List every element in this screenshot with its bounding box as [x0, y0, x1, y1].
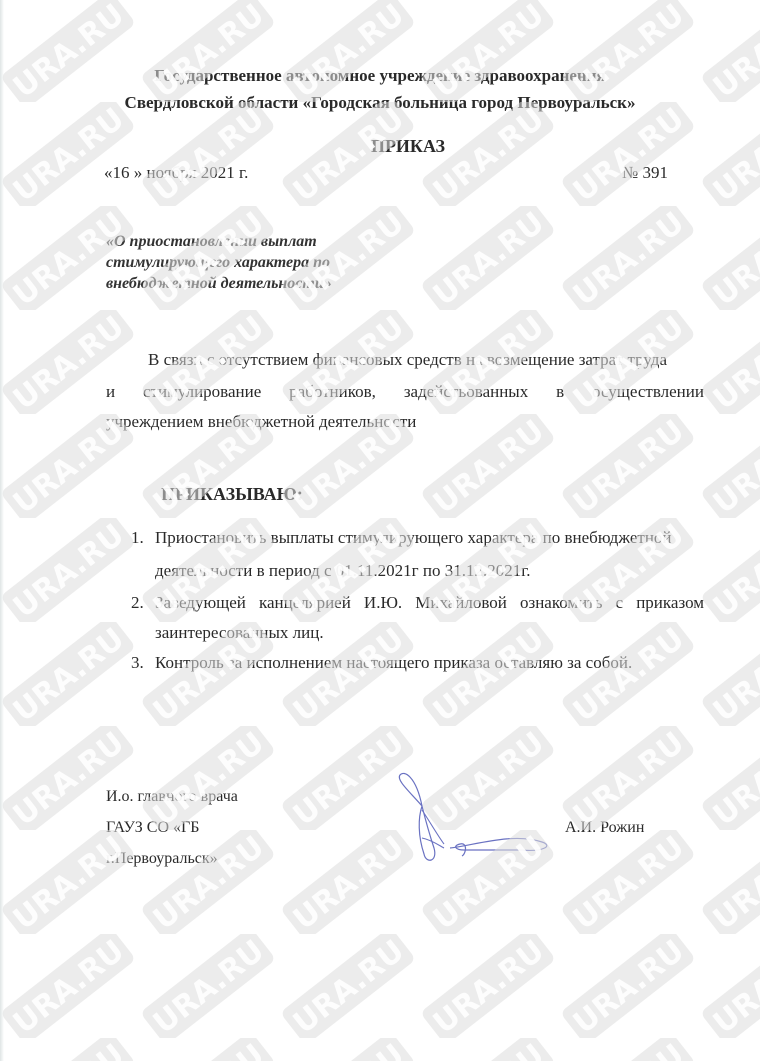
subject-line-1: «О приостановлении выплат: [106, 231, 317, 252]
handwritten-signature-icon: [392, 770, 552, 870]
item-text-line-1: Заведующей канцелярией И.Ю. Михайловой о…: [155, 593, 704, 613]
signer-position-line-2: ГАУЗ СО «ГБ: [106, 818, 199, 838]
document-date: «16 » ноября 2021 г.: [104, 163, 248, 183]
item-text-line-2: заинтересованных лиц.: [155, 623, 324, 643]
item-number: 1.: [131, 528, 144, 548]
preamble-word: в: [556, 382, 564, 402]
signer-name: А.И. Рожин: [565, 818, 644, 838]
document-number: № 391: [622, 163, 668, 183]
organization-line-2: Свердловской области «Городская больница…: [0, 93, 760, 113]
preamble-word: и: [106, 382, 115, 402]
preamble-word: осуществлении: [592, 382, 704, 402]
subject-line-3: внебюджетной деятельности»: [106, 273, 332, 294]
preamble-line-3: учреждением внебюджетной деятельности: [106, 412, 416, 432]
signer-position-line-1: И.о. главного врача: [106, 787, 238, 807]
document-title: ПРИКАЗ: [0, 136, 760, 156]
preamble-word: задействованных: [404, 382, 528, 402]
order-heading: ПРИКАЗЫВАЮ:: [161, 484, 303, 504]
item-text-line-1: Контроль за исполнением настоящего прика…: [155, 653, 632, 673]
subject-line-2: стимулирующего характера по: [106, 252, 330, 273]
item-number: 2.: [131, 593, 144, 613]
organization-line-1: Государственное автономное учреждение зд…: [0, 66, 760, 86]
preamble-line-2: и стимулирование работников, задействова…: [106, 382, 704, 402]
signer-position-line-3: г.Первоуральск»: [106, 849, 218, 869]
document-page: Государственное автономное учреждение зд…: [0, 0, 760, 1061]
preamble-word: работников,: [289, 382, 376, 402]
item-number: 3.: [131, 653, 144, 673]
preamble-word: стимулирование: [143, 382, 261, 402]
item-text-line-2: деятельности в период с 01.11.2021г по 3…: [155, 561, 531, 581]
preamble-line-1: В связи с отсутствием финансовых средств…: [148, 350, 667, 370]
item-text-line-1: Приостановить выплаты стимулирующего хар…: [155, 528, 672, 548]
